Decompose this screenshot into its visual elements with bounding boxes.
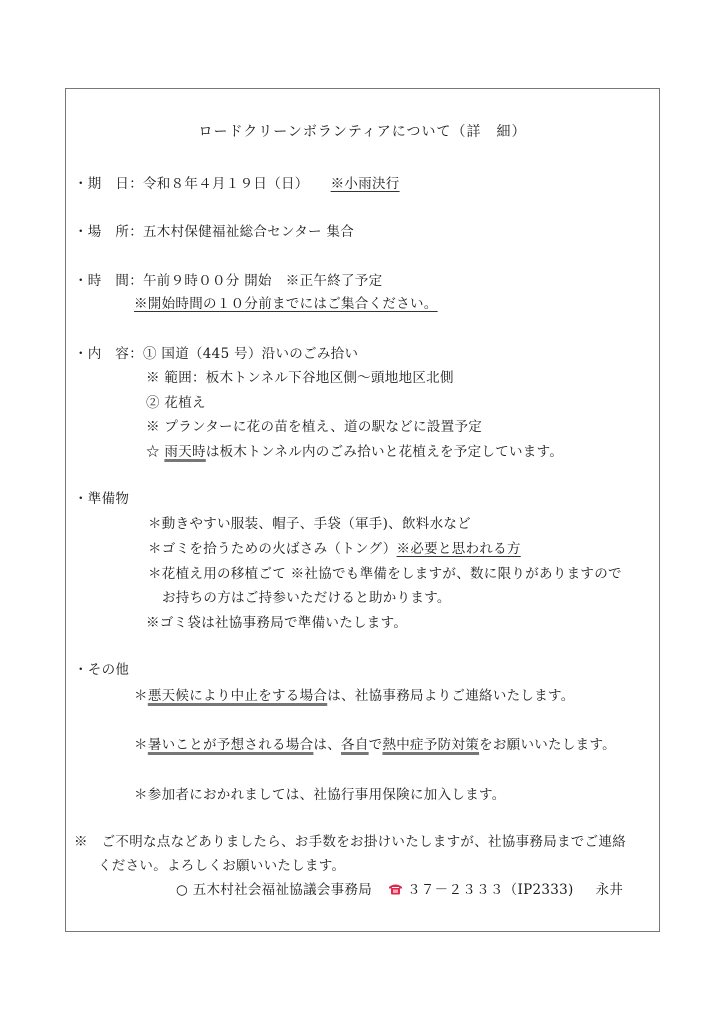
date-row: ・期 日：令和８年４月１９日（日）※小雨決行 (74, 175, 400, 193)
content-item-3: ② 花植え (146, 394, 206, 412)
bullet: ＊ (134, 688, 148, 704)
items-line-2: ＊ゴミを拾うための火ばさみ（トング）※必要と思われる方 (148, 540, 521, 558)
content-rain-row: ☆ 雨天時は板木トンネル内のごみ拾いと花植えを予定しています。 (146, 443, 563, 461)
rain-rest: は板木トンネル内のごみ拾いと花植えを予定しています。 (206, 444, 563, 460)
place-label: ・場 所： (74, 224, 143, 240)
telephone-icon (388, 883, 403, 895)
place-value: 五木村保健福祉総合センター 集合 (143, 224, 354, 240)
date-label: ・期 日： (74, 176, 143, 192)
content-label: ・内 容： (74, 346, 143, 362)
star-icon: ☆ (146, 444, 164, 460)
time-row-2: ※開始時間の１０分前までにはご集合ください。 (134, 295, 438, 313)
arrival-note: ※開始時間の１０分前までにはご集合ください。 (134, 296, 438, 312)
contact-line-3: ○ 五木村社会福祉協議会事務局３７－２３３３（IP2333)永井 (176, 881, 623, 899)
contact-phone: ３７－２３３３（IP2333) (407, 882, 574, 898)
time-row: ・時 間：午前９時００分 開始※正午終了予定 (74, 272, 382, 290)
rain-underlined: 雨天時 (164, 444, 205, 460)
content-item-4: ※ プランターに花の苗を植え、道の駅などに設置予定 (146, 418, 482, 436)
document-title: ロードクリーンボランティアについて（詳 細） (66, 123, 659, 141)
contact-org: ○ 五木村社会福祉協議会事務局 (176, 882, 372, 898)
items-line-5: ※ゴミ袋は社協事務局で準備いたします。 (146, 614, 407, 632)
items-line-2-main: ＊ゴミを拾うための火ばさみ（トング） (148, 541, 397, 557)
other-line-2: ＊暑いことが予想される場合は、各自で熱中症予防対策をお願いいたします。 (134, 736, 616, 754)
contact-line-1: ※ ご不明な点などありましたら、お手数をお掛けいたしますが、社協事務局までご連絡 (74, 833, 626, 851)
items-label: ・準備物 (74, 490, 129, 508)
other-line-3: ＊参加者におかれましては、社協行事用保険に加入します。 (134, 786, 506, 804)
content-item-2: ※ 範囲：板木トンネル下谷地区側～頭地地区北側 (146, 369, 454, 387)
bullet: ＊ (134, 737, 148, 753)
content-row-1: ・内 容：① 国道（445 号）沿いのごみ拾い (74, 345, 358, 363)
other-line-1-rest: は、社協事務局よりご連絡いたします。 (327, 688, 574, 704)
contact-person: 永井 (596, 882, 624, 898)
content-item-1: ① 国道（445 号）沿いのごみ拾い (143, 346, 358, 362)
time-value: 午前９時００分 開始 (143, 273, 272, 289)
place-row: ・場 所：五木村保健福祉総合センター 集合 (74, 223, 354, 241)
other-line-2-u2: 各自 (341, 737, 369, 753)
other-line-1: ＊悪天候により中止をする場合は、社協事務局よりご連絡いたします。 (134, 687, 575, 705)
other-line-2-t1: は、 (313, 737, 341, 753)
other-line-2-t2: で (369, 737, 383, 753)
time-note: ※正午終了予定 (286, 273, 383, 289)
other-line-2-u3: 熱中症予防対策 (382, 737, 479, 753)
date-value: 令和８年４月１９日（日） (143, 176, 309, 192)
items-line-3: ＊花植え用の移植ごて ※社協でも準備をしますが、数に限りがありますので (148, 565, 622, 583)
other-line-2-u1: 暑いことが予想される場合 (148, 737, 314, 753)
contact-line-2: ください。よろしくお願いいたします。 (98, 857, 345, 875)
items-line-4: お持ちの方はご持参いただけると助かります。 (162, 589, 451, 607)
other-line-2-t3: をお願いいたします。 (479, 737, 616, 753)
date-note: ※小雨決行 (331, 176, 400, 192)
other-line-1-underlined: 悪天候により中止をする場合 (148, 688, 327, 704)
items-line-2-note: ※必要と思われる方 (397, 541, 521, 557)
other-label: ・その他 (74, 661, 129, 679)
document-frame: ロードクリーンボランティアについて（詳 細） ・期 日：令和８年４月１９日（日）… (65, 88, 660, 932)
items-line-1: ＊動きやすい服装、帽子、手袋（軍手)、飲料水など (148, 515, 471, 533)
time-label: ・時 間： (74, 273, 143, 289)
